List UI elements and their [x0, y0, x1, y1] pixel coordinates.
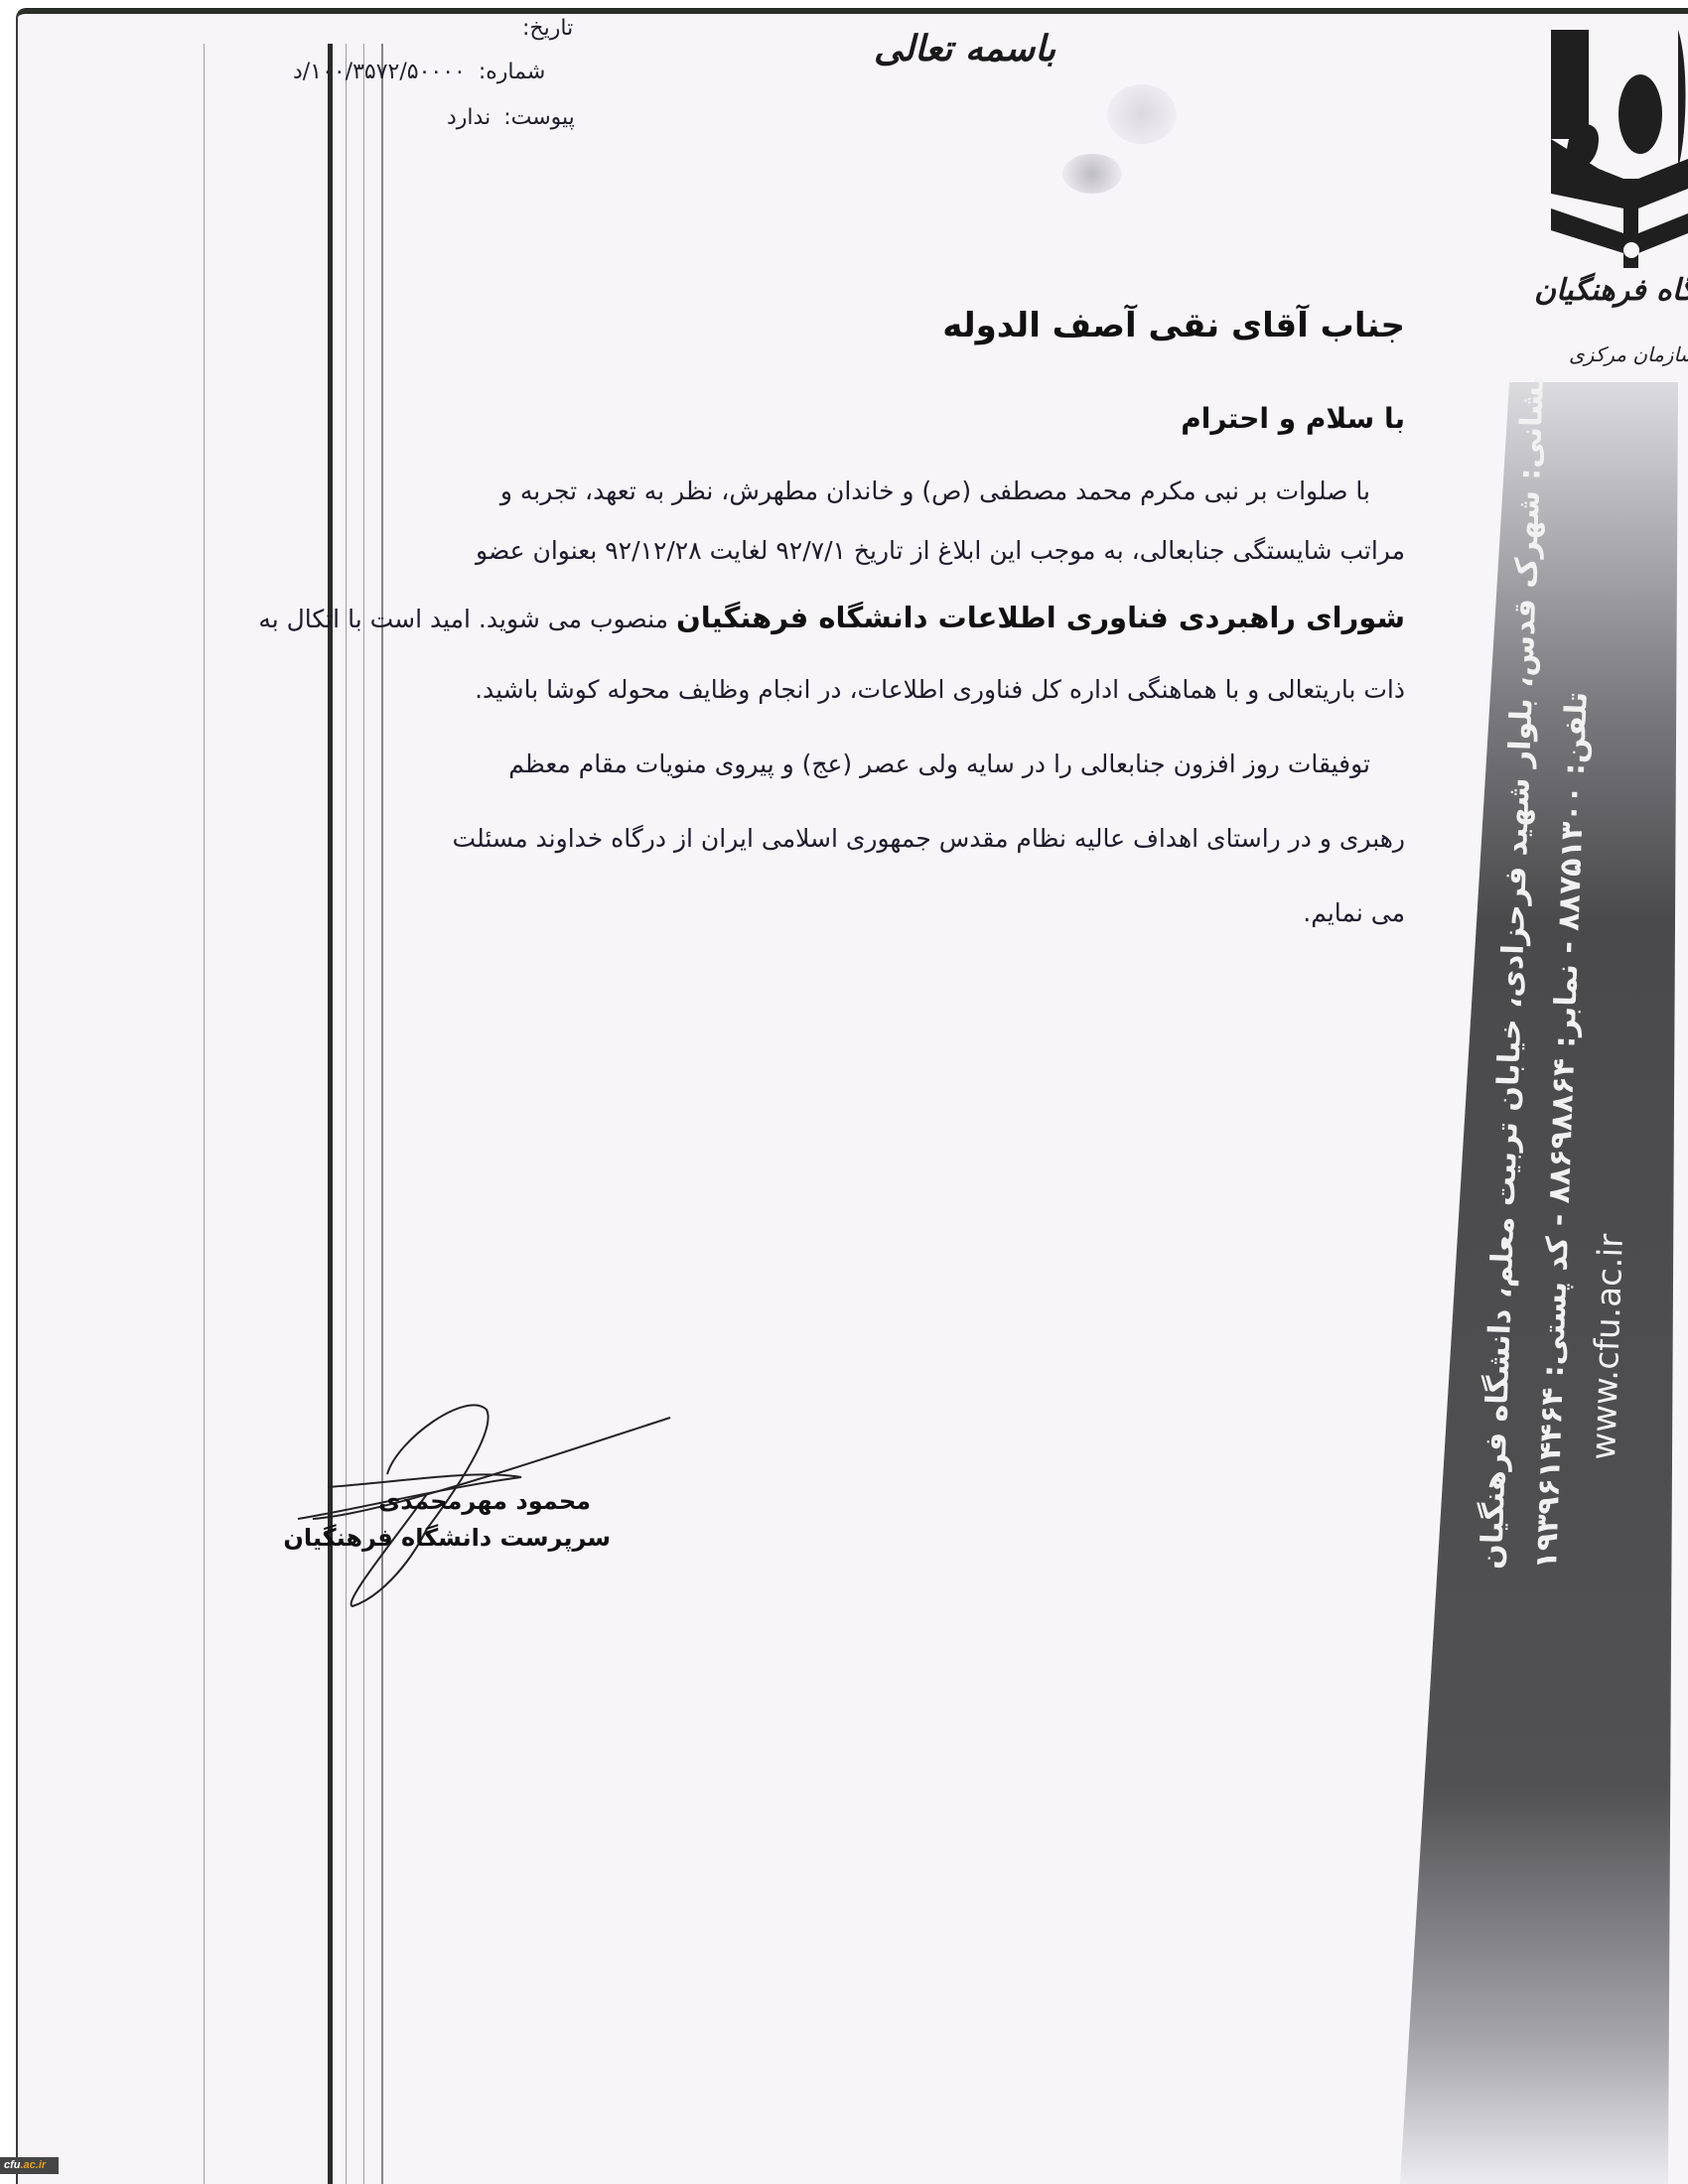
signatory-title: سرپرست دانشگاه فرهنگیان — [283, 1524, 611, 1552]
attachment-field: پیوست: ندارد — [447, 105, 575, 130]
body-line-5: توفیقات روز افزون جنابعالی را در سایه ول… — [508, 750, 1370, 778]
university-logo-icon — [1529, 20, 1688, 278]
org-subtitle: سازمان مرکزی — [1569, 342, 1688, 366]
salutation-line: با سلام و احترام — [1181, 402, 1405, 435]
number-value: ۱۰۰/۳۵۷۲/۵۰۰۰۰/د — [293, 60, 466, 84]
number-label: شماره: — [479, 60, 545, 84]
body-line-7: می نمایم. — [1303, 898, 1405, 927]
body-line-6: رهبری و در راستای اهداف عالیه نظام مقدس … — [453, 824, 1405, 853]
date-field: تاریخ: — [516, 16, 573, 41]
margin-line — [381, 44, 383, 2184]
council-name: شورای راهبردی فناوری اطلاعات دانشگاه فره… — [676, 601, 1405, 634]
watermark-prefix: cfu — [4, 2159, 21, 2171]
watermark-suffix: .ac.ir — [21, 2159, 47, 2171]
recipient-line: جناب آقای نقی آصف الدوله — [942, 306, 1405, 345]
number-field: شماره: ۱۰۰/۳۵۷۲/۵۰۰۰۰/د — [293, 60, 545, 84]
signatory-name: محمود مهرمحمدی — [378, 1487, 591, 1515]
scan-smudge — [1107, 84, 1177, 144]
org-name: دانشگاه فرهنگیان — [1534, 273, 1688, 308]
margin-line — [204, 44, 205, 2184]
body-line-2: مراتب شایستگی جنابعالی، به موجب این ابلا… — [476, 536, 1405, 565]
body-line-1: با صلوات بر نبی مکرم محمد مصطفی (ص) و خا… — [500, 477, 1370, 505]
body-line-3: شورای راهبردی فناوری اطلاعات دانشگاه فره… — [258, 601, 1405, 634]
site-watermark: cfu.ac.ir — [0, 2157, 59, 2174]
attachment-label: پیوست: — [503, 105, 575, 130]
basmala-heading: باسمه تعالی — [874, 28, 1055, 69]
margin-line-thick — [328, 44, 333, 2184]
body-line-4: ذات باریتعالی و با هماهنگی اداره کل فناو… — [475, 675, 1405, 704]
margin-line — [346, 44, 347, 2184]
website-link[interactable]: www.cfu.ac.ir — [1584, 1233, 1631, 1460]
attachment-value: ندارد — [447, 105, 491, 130]
body-line-3-rest: منصوب می شوید. امید است با اتکال به — [258, 605, 676, 633]
date-label: تاریخ: — [522, 16, 573, 41]
margin-line — [363, 44, 364, 2184]
scan-smudge — [1062, 154, 1122, 194]
